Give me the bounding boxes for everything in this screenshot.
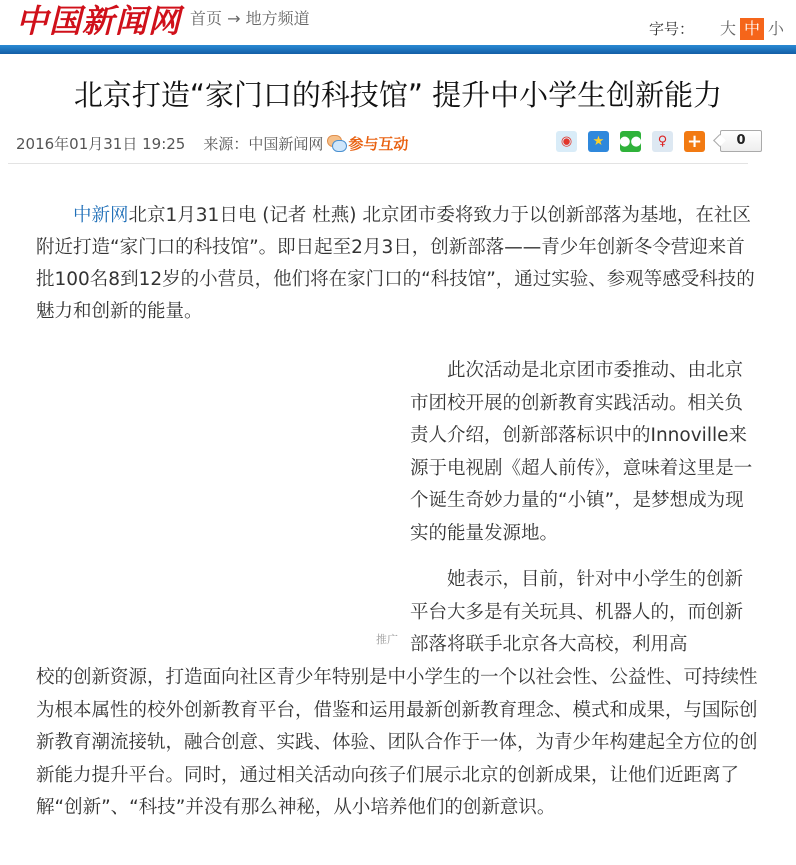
publish-date: 2016年01月31日 19:25 [16,133,185,155]
article-body: 中新网北京1月31日电 (记者 杜燕) 北京团市委将致力于以创新部落为基地，在社… [36,200,762,328]
breadcrumb-home[interactable]: 首页 [190,9,222,28]
font-size-label: 字号： [649,18,694,40]
interact-label[interactable]: 参与互动 [348,133,408,155]
breadcrumb-arrow: → [227,9,240,28]
font-size-switcher: 字号： 大 中 小 [649,18,788,40]
paragraph-2: 此次活动是北京团市委推动、由北京市团校开展的创新教育实践活动。相关负责人介绍，创… [410,355,760,550]
meta-divider [8,163,748,164]
header-divider-bar [0,45,796,54]
article-title: 北京打造“家门口的科技馆” 提升中小学生创新能力 [0,75,796,115]
ad-label: 推广 [376,631,398,647]
site-header: 中国新闻网 首页 → 地方频道 字号： 大 中 小 [0,0,796,45]
paragraph-3-start: 她表示，目前，针对中小学生的创新平台大多是有关玩具、机器人的，而创新部落将联手北… [410,564,760,662]
breadcrumb: 首页 → 地方频道 [190,8,310,30]
more-share-icon[interactable]: + [684,131,705,152]
ad-slot[interactable] [36,355,410,655]
wechat-icon[interactable]: ●● [620,131,641,152]
paragraph-1-text: 北京1月31日电 (记者 杜燕) 北京团市委将致力于以创新部落为基地，在社区附近… [36,205,755,322]
font-size-medium[interactable]: 中 [740,18,764,40]
share-count: 0 [720,130,762,152]
paragraph-3-cont: 校的创新资源，打造面向社区青少年特别是中小学生的一个以社会性、公益性、可持续性为… [36,662,762,825]
paragraph-1: 中新网北京1月31日电 (记者 杜燕) 北京团市委将致力于以创新部落为基地，在社… [36,200,762,328]
article-meta: 2016年01月31日 19:25 来源：中国新闻网 参与互动 [16,133,408,155]
site-logo[interactable]: 中国新闻网 [16,2,181,40]
comment-bubble-icon [327,135,347,153]
breadcrumb-channel[interactable]: 地方频道 [246,9,310,28]
font-size-large[interactable]: 大 [716,18,740,40]
share-bar: ◉ ★ ●● ♀ + 0 [556,130,762,152]
interact-link[interactable]: 参与互动 [327,133,408,155]
renren-icon[interactable]: ♀ [652,131,673,152]
qzone-icon[interactable]: ★ [588,131,609,152]
weibo-icon[interactable]: ◉ [556,131,577,152]
font-size-small[interactable]: 小 [764,18,788,40]
source-link[interactable]: 中新网 [73,205,129,226]
article-source: 来源：中国新闻网 [203,133,323,155]
